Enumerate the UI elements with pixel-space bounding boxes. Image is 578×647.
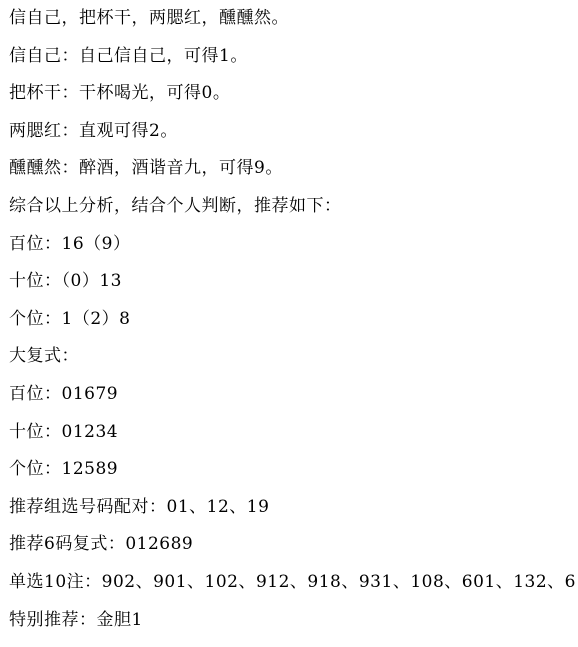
big-multiple-units: 个位：12589 [9, 451, 572, 489]
poem-line: 信自己，把杯干，两腮红，醺醺然。 [9, 0, 572, 38]
units-recommendation: 个位：1（2）8 [9, 301, 572, 339]
six-code-multiple: 推荐6码复式：012689 [9, 526, 572, 564]
explain-liang-sai-hong: 两腮红：直观可得2。 [9, 113, 572, 151]
hundreds-recommendation: 百位：16（9） [9, 226, 572, 264]
big-multiple-heading: 大复式： [9, 338, 572, 376]
single-selection-10-bets: 单选10注：902、901、102、912、918、931、108、601、13… [9, 564, 572, 602]
summary-line: 综合以上分析，结合个人判断，推荐如下： [9, 188, 572, 226]
tens-recommendation: 十位：（0）13 [9, 263, 572, 301]
group-selection-pairs: 推荐组选号码配对：01、12、19 [9, 489, 572, 527]
big-multiple-hundreds: 百位：01679 [9, 376, 572, 414]
explain-xun-xun-ran: 醺醺然：醉酒，酒谐音九，可得9。 [9, 150, 572, 188]
explain-ba-bei-gan: 把杯干：干杯喝光，可得0。 [9, 75, 572, 113]
explain-xin-zi-ji: 信自己：自己信自己，可得1。 [9, 38, 572, 76]
special-recommendation: 特别推荐：金胆1 [9, 602, 572, 640]
article-page: 信自己，把杯干，两腮红，醺醺然。 信自己：自己信自己，可得1。 把杯干：干杯喝光… [0, 0, 578, 647]
big-multiple-tens: 十位：01234 [9, 414, 572, 452]
